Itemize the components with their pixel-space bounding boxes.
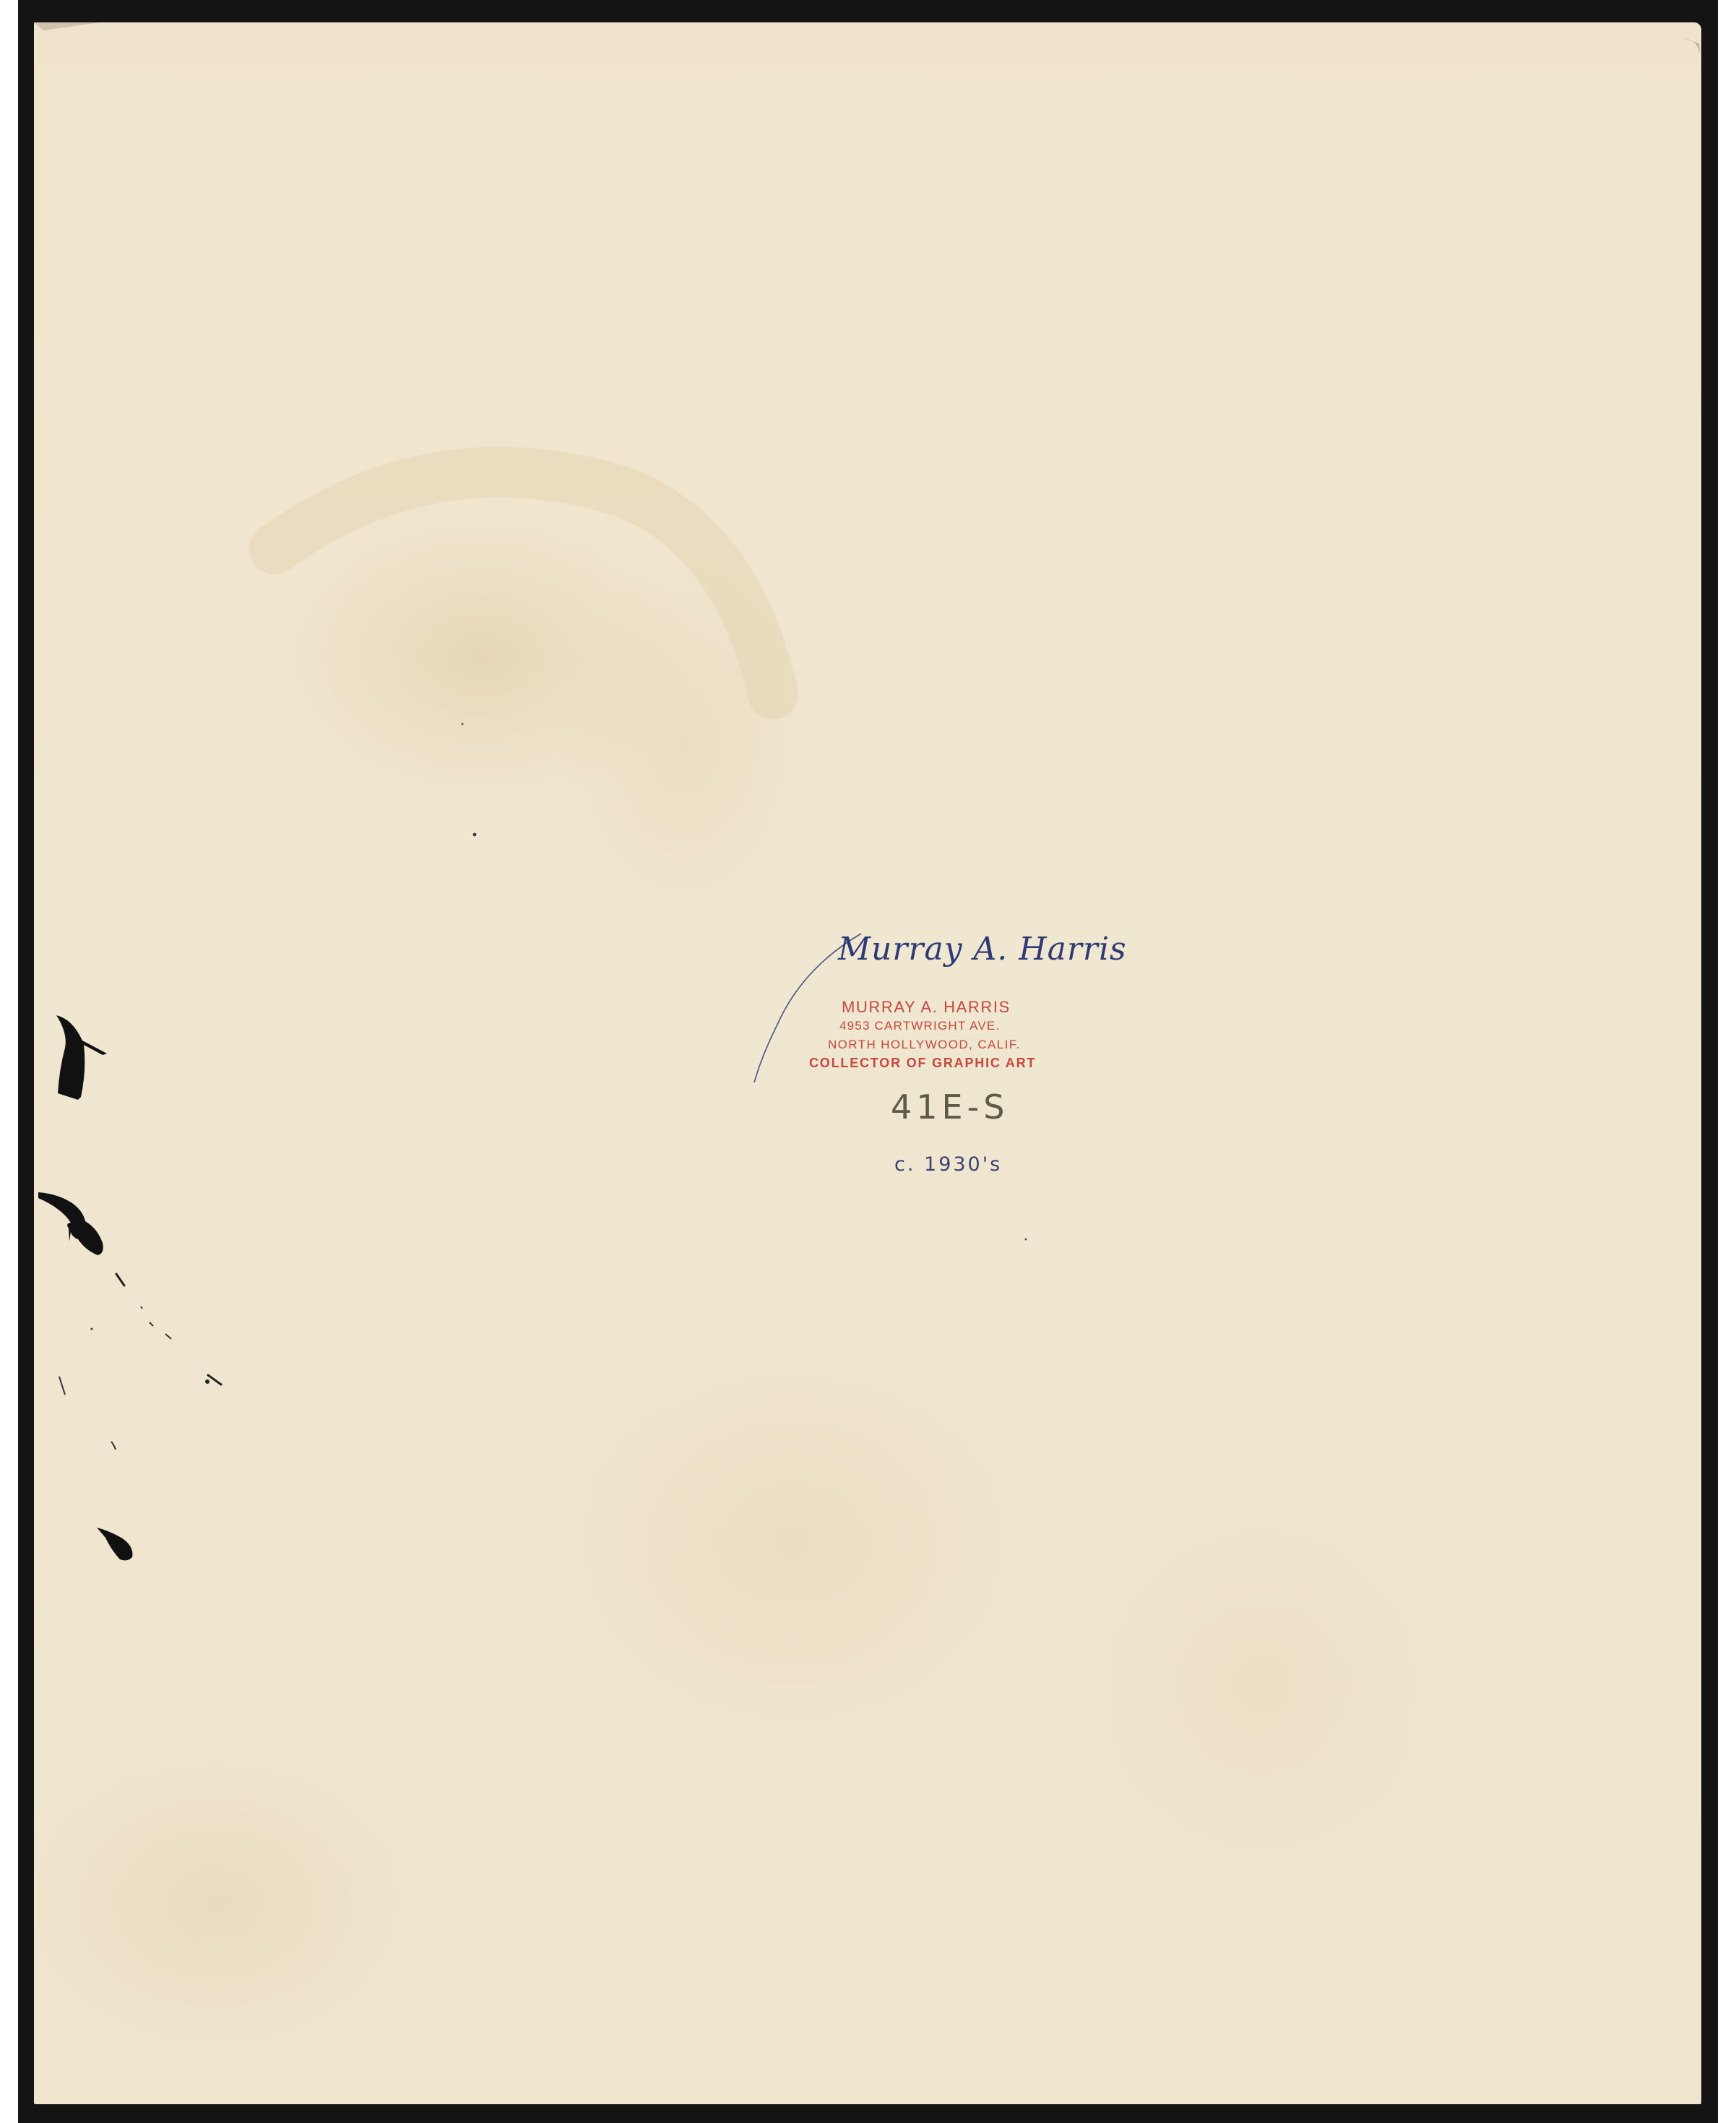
corner-wear	[34, 22, 101, 30]
date-annotation: c. 1930's	[894, 1153, 1002, 1176]
ink-blot	[97, 1528, 132, 1560]
stamp-address-street: 4953 CARTWRIGHT AVE.	[839, 1019, 1000, 1033]
ink-blot	[38, 1192, 103, 1255]
collector-signature: Murray A. Harris	[838, 931, 1127, 968]
stamp-collector-title: COLLECTOR OF GRAPHIC ART	[809, 1056, 1036, 1071]
water-stain	[275, 472, 773, 694]
ink-blot	[56, 1015, 107, 1100]
corner-wear	[1683, 38, 1701, 58]
stamp-address-city: NORTH HOLLYWOOD, CALIF.	[828, 1038, 1021, 1052]
stamp-collector-name: MURRAY A. HARRIS	[842, 998, 1011, 1017]
inventory-number: 41E-S	[891, 1088, 1009, 1127]
